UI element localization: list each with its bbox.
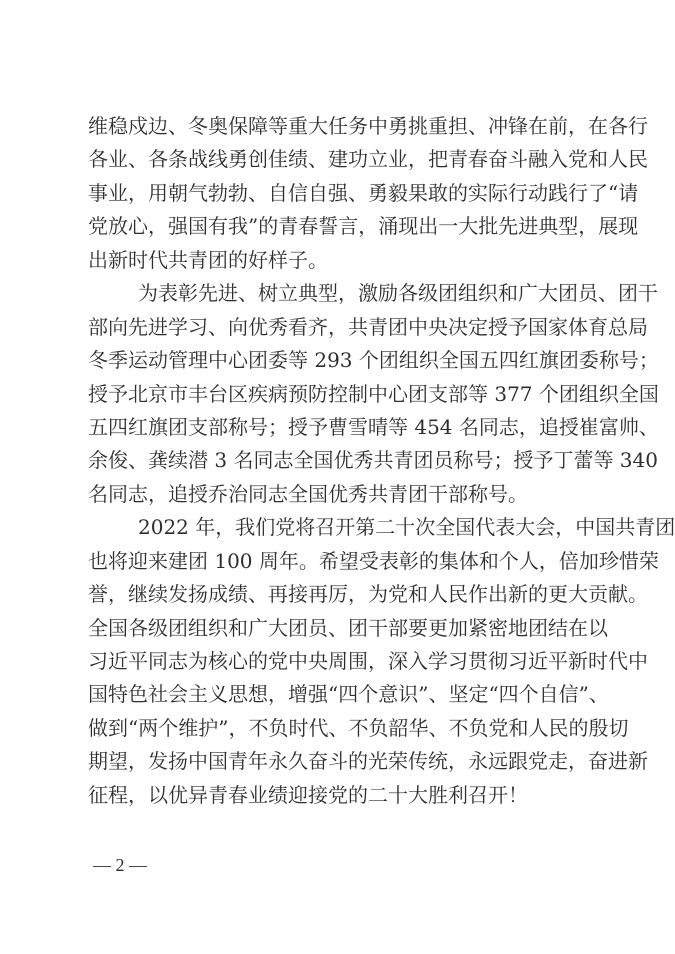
document-body: 维稳戍边、冬奥保障等重大任务中勇挑重担、冲锋在前，在各行 各业、各条战线勇创佳绩… [88,110,588,812]
text-line: 誉，继续发扬成绩、再接再厉，为党和人民作出新的更大贡献。 [88,578,588,611]
text-line: 为表彰先进、树立典型，激励各级团组织和广大团员、团干 [88,277,588,310]
paragraph-2: 为表彰先进、树立典型，激励各级团组织和广大团员、团干 部向先进学习、向优秀看齐，… [88,277,588,511]
text-line: 事业，用朝气勃勃、自信自强、勇毅果敢的实际行动践行了“请 [88,177,588,210]
text-line: 出新时代共青团的好样子。 [88,244,588,277]
page-number: — 2 — [93,852,147,878]
text-line: 全国各级团组织和广大团员、团干部要更加紧密地团结在以 [88,612,588,645]
text-line: 也将迎来建团 100 周年。希望受表彰的集体和个人，倍加珍惜荣 [88,545,588,578]
text-line: 习近平同志为核心的党中央周围，深入学习贯彻习近平新时代中 [88,645,588,678]
text-line: 冬季运动管理中心团委等 293 个团组织全国五四红旗团委称号； [88,344,588,377]
document-page: 维稳戍边、冬奥保障等重大任务中勇挑重担、冲锋在前，在各行 各业、各条战线勇创佳绩… [0,0,675,954]
text-line: 各业、各条战线勇创佳绩、建功立业，把青春奋斗融入党和人民 [88,143,588,176]
text-line: 党放心，强国有我”的青春誓言，涌现出一大批先进典型，展现 [88,210,588,243]
text-line: 五四红旗团支部称号；授予曹雪晴等 454 名同志，追授崔富帅、 [88,411,588,444]
paragraph-3: 2022 年，我们党将召开第二十次全国代表大会，中国共青团 也将迎来建团 100… [88,511,588,812]
text-line: 部向先进学习、向优秀看齐，共青团中央决定授予国家体育总局 [88,311,588,344]
text-line: 授予北京市丰台区疾病预防控制中心团支部等 377 个团组织全国 [88,378,588,411]
text-line: 国特色社会主义思想，增强“四个意识”、坚定“四个自信”、 [88,678,588,711]
text-line: 2022 年，我们党将召开第二十次全国代表大会，中国共青团 [88,511,588,544]
text-line: 余俊、龚续潜 3 名同志全国优秀共青团员称号；授予丁蕾等 340 [88,444,588,477]
text-line: 期望，发扬中国青年永久奋斗的光荣传统，永远跟党走，奋进新 [88,745,588,778]
text-line: 名同志，追授乔治同志全国优秀共青团干部称号。 [88,478,588,511]
text-line: 维稳戍边、冬奥保障等重大任务中勇挑重担、冲锋在前，在各行 [88,110,588,143]
text-line: 征程，以优异青春业绩迎接党的二十大胜利召开！ [88,779,588,812]
paragraph-1: 维稳戍边、冬奥保障等重大任务中勇挑重担、冲锋在前，在各行 各业、各条战线勇创佳绩… [88,110,588,277]
text-line: 做到“两个维护”，不负时代、不负韶华、不负党和人民的殷切 [88,712,588,745]
